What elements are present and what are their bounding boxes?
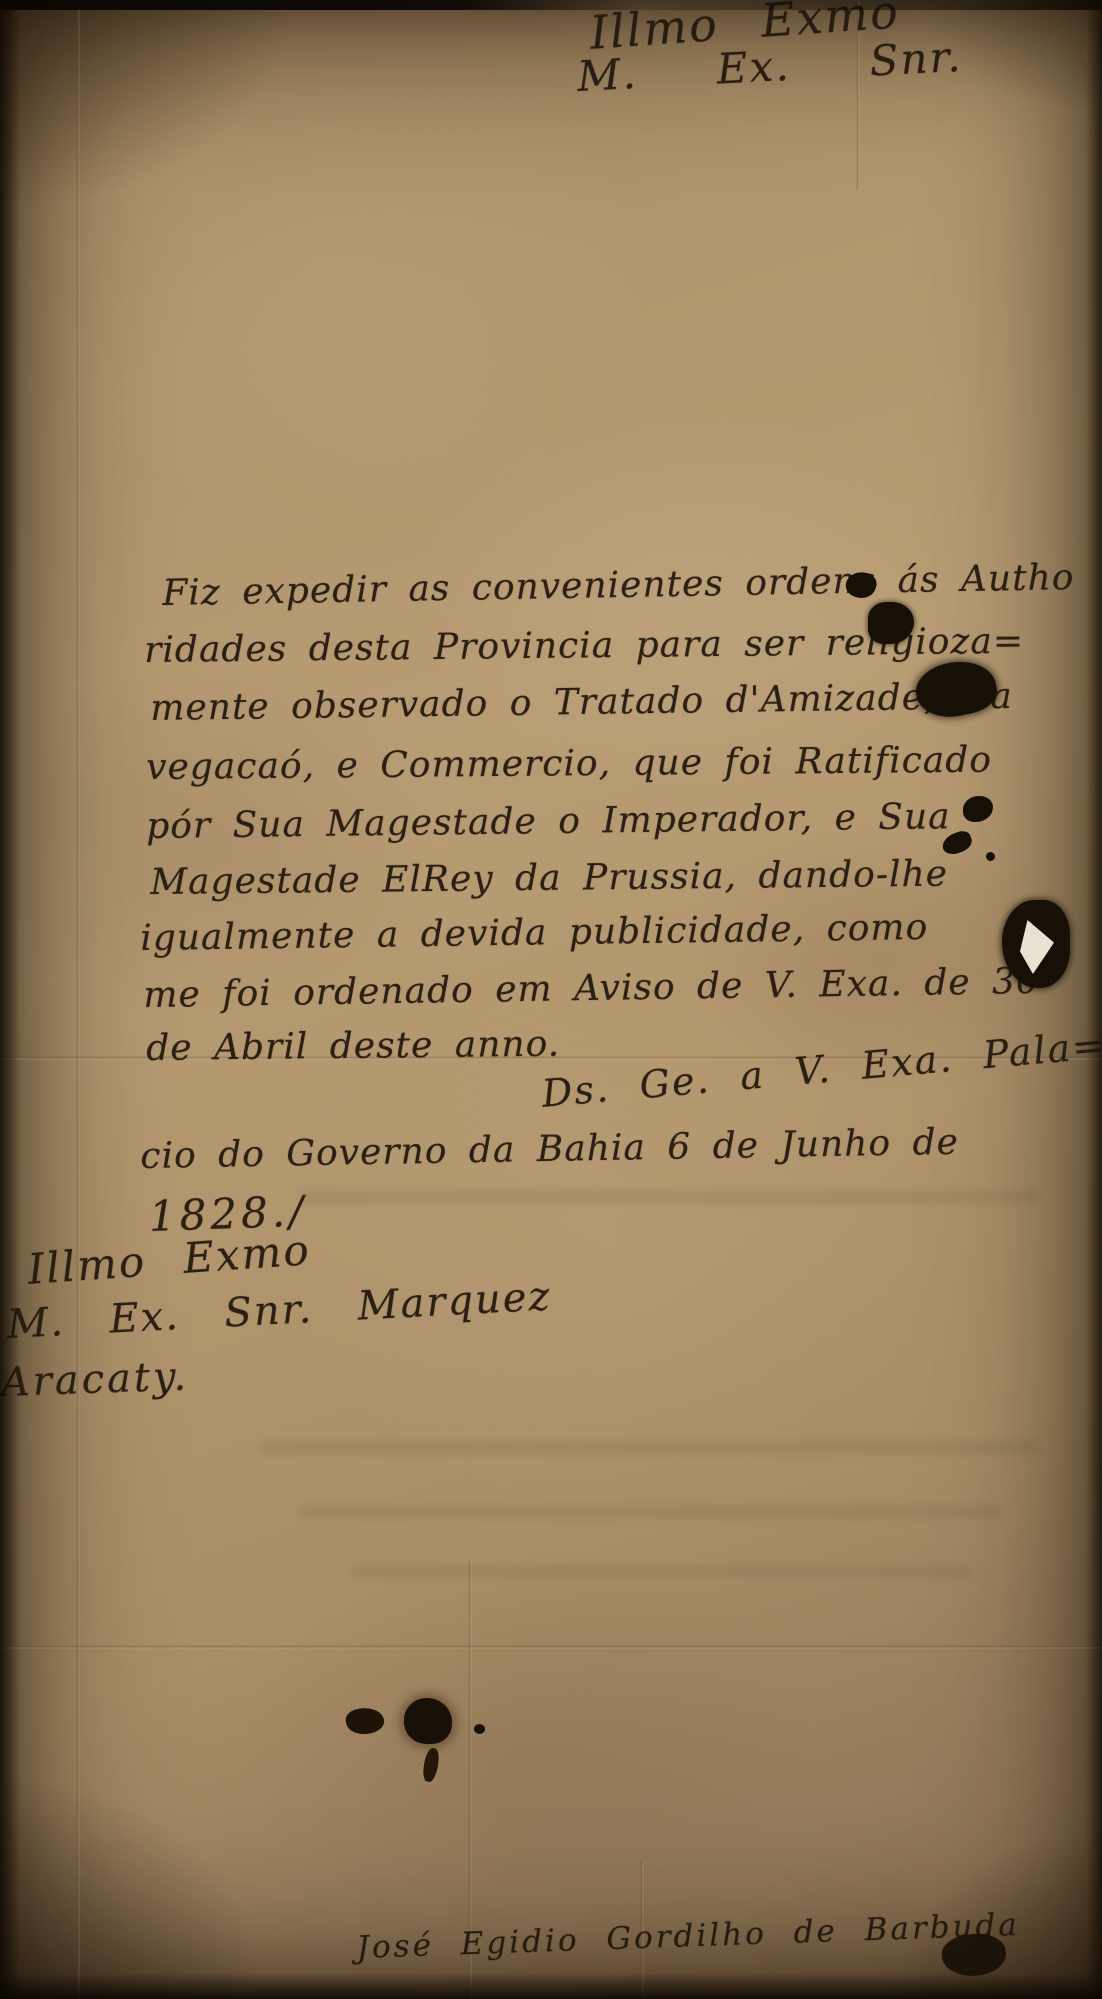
- ink-bleedthrough: [300, 1190, 1040, 1204]
- paper-crease: [76, 0, 80, 1999]
- ink-blot: [474, 1724, 485, 1734]
- ink-blot: [404, 1698, 452, 1744]
- body-line-9: de Abril deste anno.: [146, 1024, 560, 1069]
- body-line-4: vegacaó, e Commercio, que foi Ratificado: [146, 740, 992, 788]
- manuscript-scan: Illmo Exmo M. Ex. Snr. Fiz expedir as co…: [0, 0, 1102, 1999]
- addressee-line-3: Aracaty.: [0, 1353, 190, 1406]
- ink-bleedthrough: [260, 1440, 1040, 1455]
- ink-bleedthrough: [300, 1505, 1000, 1519]
- body-line-6: Magestade ElRey da Prussia, dando-lhe: [150, 854, 948, 903]
- paper-crease: [0, 1645, 1102, 1649]
- ink-blot: [986, 852, 995, 861]
- ink-bleedthrough: [350, 1565, 970, 1578]
